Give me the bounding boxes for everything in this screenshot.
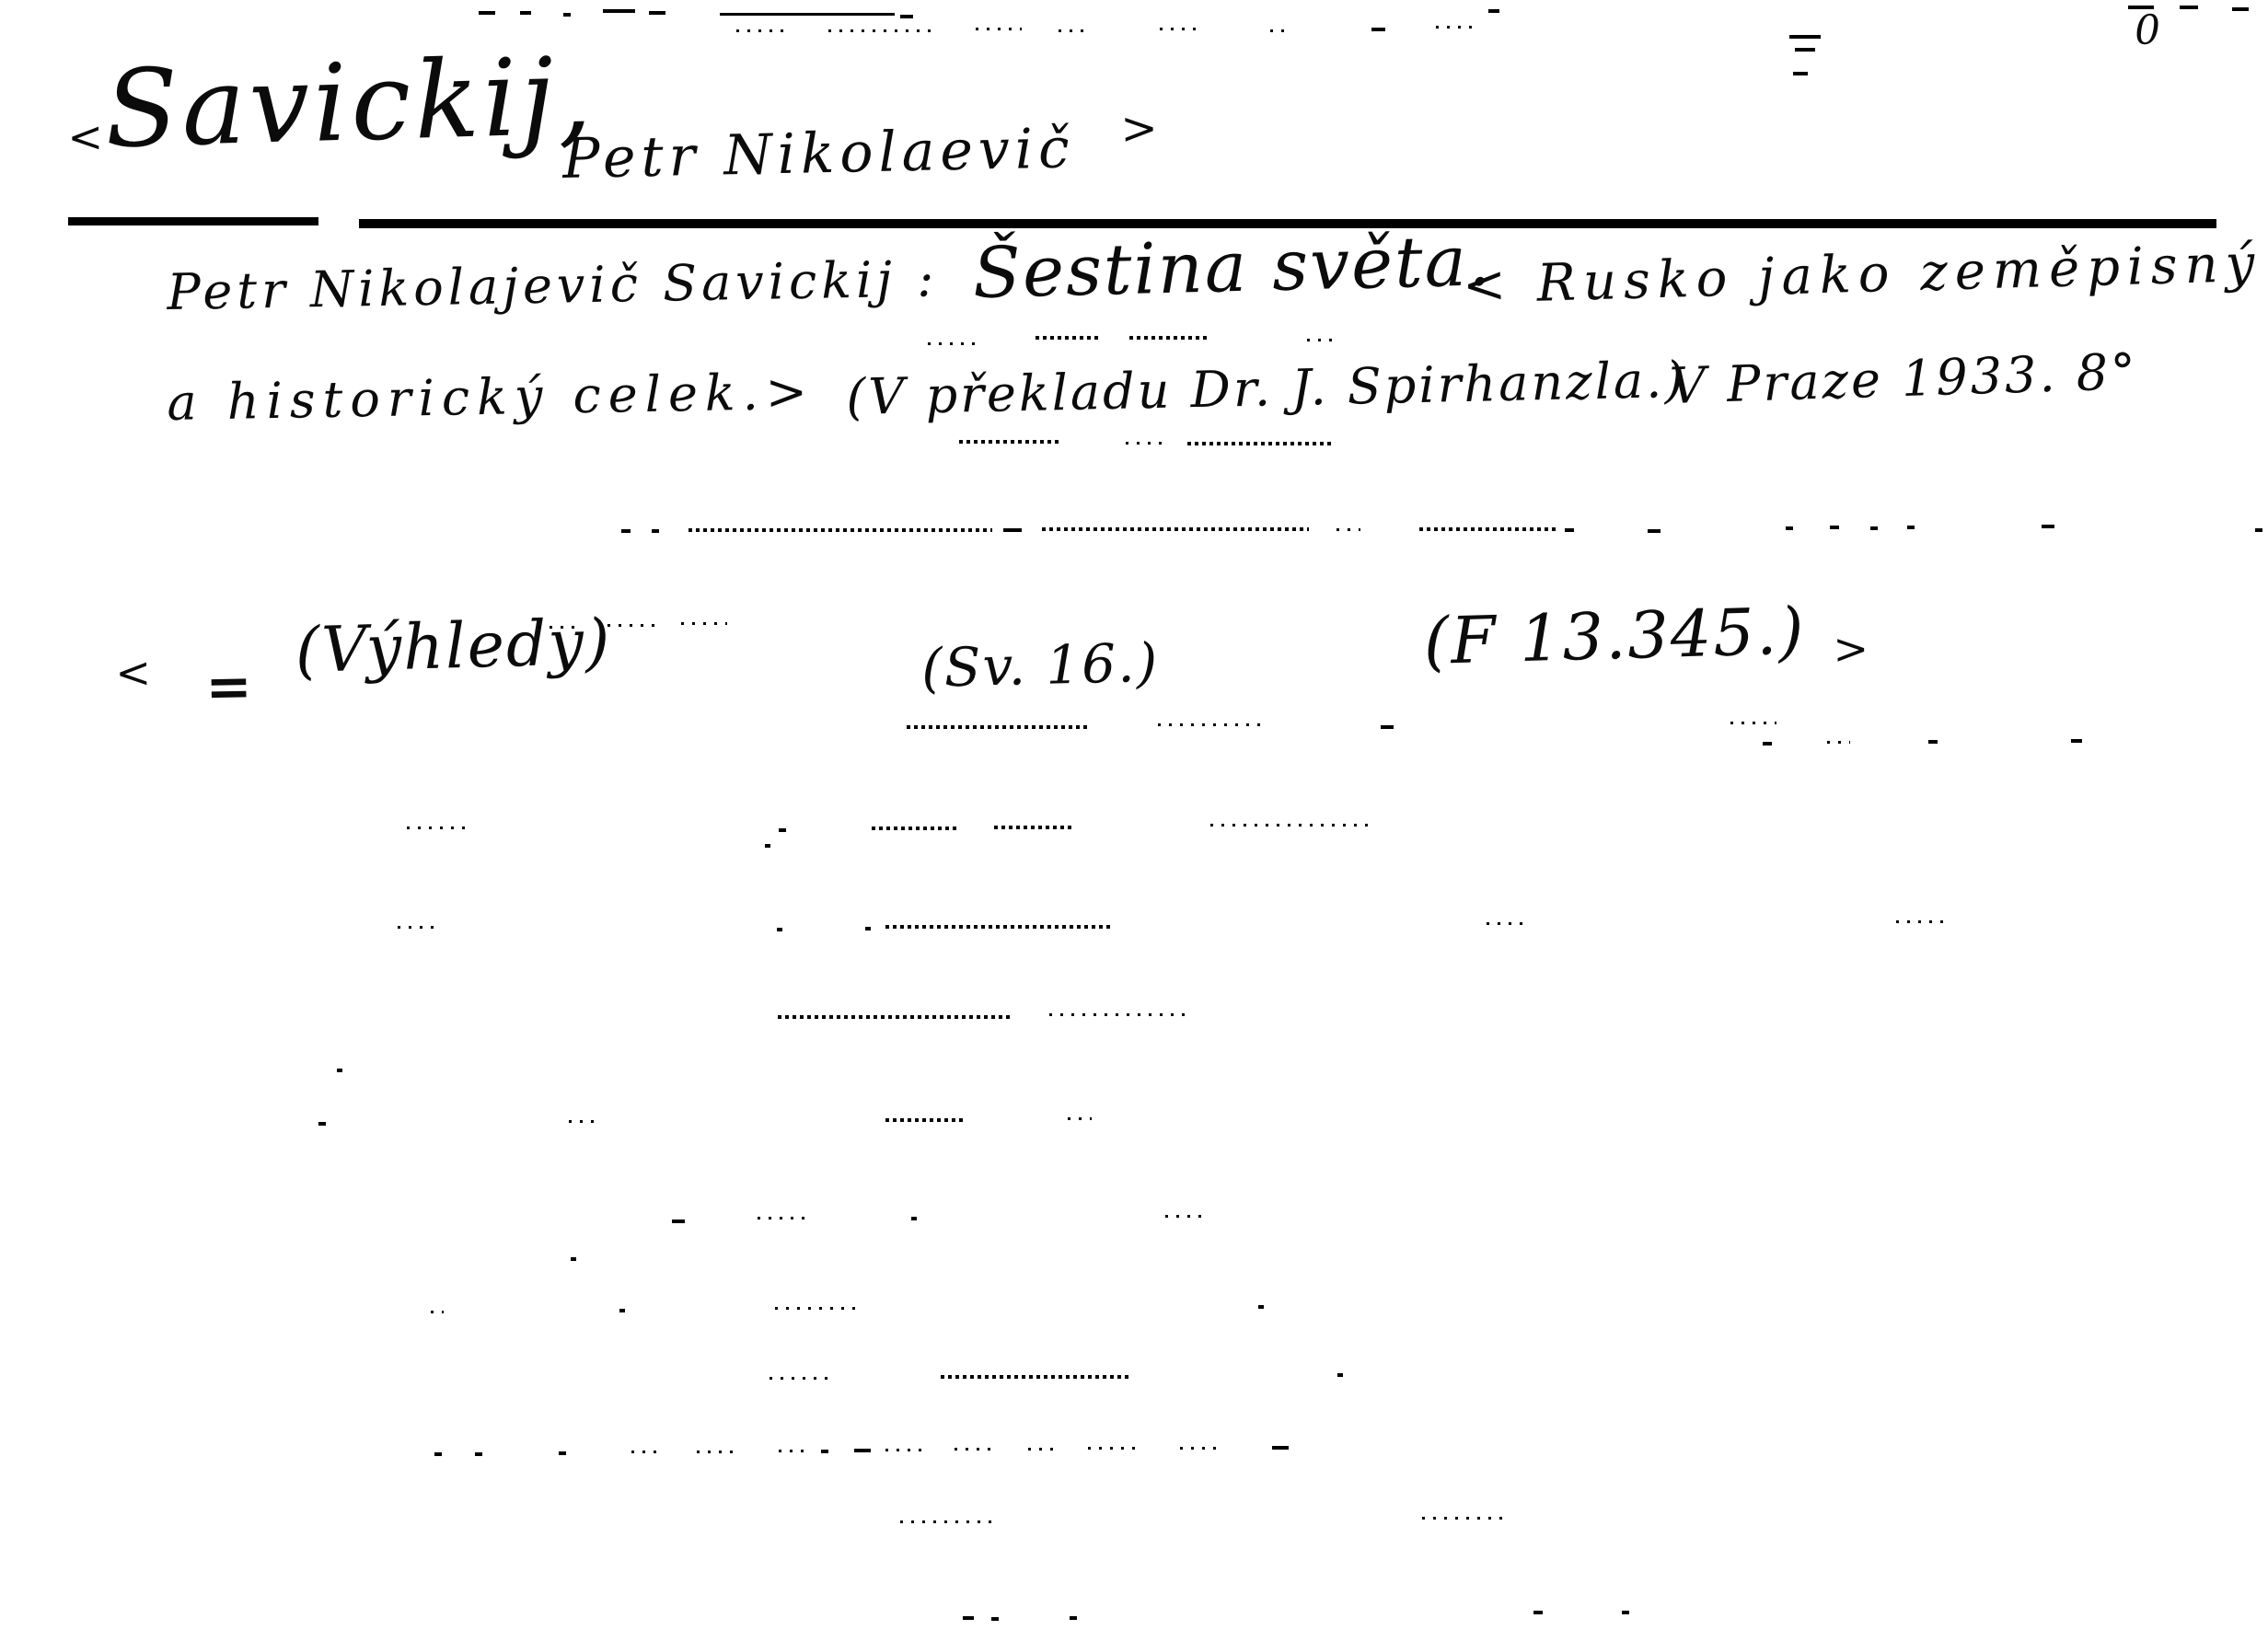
heading-open-mark: <: [67, 111, 103, 162]
scan-noise-segment: [1565, 528, 1574, 532]
scan-noise-segment: [649, 11, 665, 15]
scan-noise-segment: [765, 844, 770, 848]
scan-noise-segment: [1088, 1447, 1141, 1450]
entry-series: (Výhledy): [295, 606, 613, 688]
body-translation-note: (V překladu Dr. J. Spirhanzla.): [846, 351, 1687, 426]
scan-noise-segment: [1049, 1013, 1187, 1016]
heading-surname: Savickij,: [103, 34, 596, 172]
body-subtitle-line1: < Rusko jako zeměpisný: [1462, 234, 2262, 316]
scan-noise-segment: [736, 29, 792, 32]
scan-noise-segment: [872, 827, 959, 830]
scan-noise-segment: [1907, 526, 1915, 529]
scan-noise-segment: [769, 1377, 832, 1380]
scan-noise-segment: [1419, 527, 1557, 531]
body-author: Petr Nikolajevič Savickij :: [167, 249, 939, 321]
body-imprint: V Praze 1933. 8°: [1669, 342, 2139, 415]
scan-noise-segment: [1070, 1616, 1077, 1620]
scan-noise-segment: [828, 29, 939, 32]
scan-noise-segment: [1488, 9, 1499, 13]
scan-noise-segment: [779, 1450, 806, 1452]
scan-noise-segment: [1436, 26, 1473, 29]
scan-noise-segment: [569, 1120, 600, 1123]
scan-noise-segment: [337, 1069, 342, 1072]
scan-noise-segment: [318, 1122, 326, 1126]
scan-noise-segment: [1622, 1611, 1629, 1614]
scan-noise-segment: [1336, 528, 1360, 531]
scan-noise-segment: [475, 1452, 482, 1456]
scan-noise-segment: [2255, 528, 2262, 532]
scan-noise-segment: [1158, 723, 1268, 726]
scan-noise-segment: [1272, 1446, 1289, 1450]
scan-noise-segment: [1187, 442, 1335, 445]
scan-noise-segment: [1763, 742, 1772, 746]
scan-noise-segment: [1165, 1215, 1206, 1218]
scan-noise-segment: [1126, 442, 1163, 445]
scan-noise-segment: [821, 1450, 828, 1453]
entry-close-mark: >: [1833, 623, 1869, 674]
scan-noise-segment: [885, 1118, 966, 1122]
scan-noise-segment: [865, 927, 871, 931]
scan-noise-segment: [2128, 6, 2154, 9]
scan-noise-segment: [434, 1452, 442, 1456]
scan-noise-segment: [885, 925, 1110, 929]
scan-noise-segment: [1870, 526, 1878, 530]
scan-noise-segment: [1210, 824, 1369, 827]
scan-noise-segment: [398, 926, 434, 929]
scan-noise-segment: [1036, 336, 1100, 340]
scan-noise-segment: [2071, 739, 2082, 743]
scan-noise-segment: [928, 342, 983, 345]
scan-noise-segment: [1028, 1448, 1054, 1451]
entry-volume: (Sv. 16.): [920, 631, 1160, 699]
scan-noise-segment: [1533, 1611, 1543, 1614]
scan-noise-segment: [1307, 339, 1335, 341]
page-number: 0: [2134, 6, 2161, 54]
scan-noise-segment: [758, 1217, 809, 1220]
scan-noise-segment: [907, 725, 1091, 729]
scan-noise-segment: [1381, 725, 1394, 729]
scan-noise-segment: [1830, 526, 1839, 529]
scan-noise-segment: [652, 529, 659, 533]
scan-noise-segment: [963, 1616, 974, 1620]
scan-noise-segment: [1042, 527, 1309, 531]
scan-noise-segment: [672, 1220, 685, 1223]
scan-noise-segment: [697, 1451, 734, 1453]
scan-noise-segment: [538, 626, 575, 629]
scan-noise-segment: [1786, 526, 1793, 530]
scan-noise-segment: [1793, 72, 1808, 75]
scan-noise-segment: [407, 827, 468, 829]
entry-equals-mark: =: [205, 654, 252, 720]
scan-noise-segment: [911, 1217, 917, 1220]
scan-noise-segment: [900, 15, 913, 18]
scan-noise-segment: [1827, 741, 1850, 744]
scan-noise-segment: [631, 1451, 657, 1453]
scan-noise-segment: [1730, 722, 1776, 724]
scan-noise-segment: [2180, 6, 2198, 9]
scan-noise-segment: [976, 28, 1022, 30]
scan-noise-segment: [955, 1448, 999, 1451]
scan-noise-segment: [1789, 35, 1821, 39]
scan-noise-segment: [1487, 922, 1527, 925]
scan-noise-segment: [681, 622, 727, 625]
scan-noise-segment: [779, 828, 786, 832]
scan-noise-segment: [1059, 29, 1086, 32]
heading-close-mark: >: [1120, 102, 1158, 155]
body-title: Šestina světa.: [972, 219, 1493, 314]
catalog-card-scan: 0 < Savickij, Petr Nikolaevič > Petr Nik…: [0, 0, 2268, 1630]
scan-noise-segment: [1270, 29, 1289, 32]
scan-noise-segment: [1003, 528, 1022, 532]
scan-noise-segment: [994, 826, 1075, 829]
scan-noise-segment: [778, 1015, 1012, 1019]
scan-noise-segment: [900, 1520, 1000, 1523]
scan-noise-segment: [2232, 7, 2249, 11]
scan-noise-segment: [1258, 1305, 1264, 1309]
scan-noise-segment: [479, 11, 495, 15]
body-subtitle-line2: a historický celek.>: [167, 363, 816, 432]
scan-noise-segment: [1928, 740, 1938, 744]
scan-noise-segment: [1180, 1447, 1221, 1450]
entry-open-mark: <: [115, 647, 151, 698]
heading-rule-left: [68, 217, 318, 225]
scan-noise-segment: [1422, 1517, 1503, 1520]
scan-noise-segment: [1896, 920, 1951, 923]
scan-noise-segment: [607, 624, 663, 627]
scan-noise-segment: [1371, 28, 1385, 31]
scan-noise-segment: [431, 1311, 444, 1313]
scan-noise-segment: [991, 1617, 999, 1621]
scan-noise-segment: [1795, 48, 1815, 52]
scan-noise-segment: [777, 928, 782, 931]
scan-noise-segment: [1337, 1373, 1343, 1377]
scan-noise-segment: [775, 1307, 862, 1310]
scan-noise-segment: [688, 528, 992, 532]
scan-noise-segment: [520, 11, 531, 15]
scan-noise-segment: [1068, 1117, 1092, 1120]
scan-noise-segment: [854, 1449, 871, 1452]
scan-noise-segment: [941, 1375, 1132, 1379]
scan-noise-segment: [563, 13, 571, 17]
scan-noise-segment: [1129, 336, 1208, 340]
scan-noise-segment: [1648, 529, 1660, 533]
scan-noise-segment: [619, 1309, 625, 1312]
scan-noise-segment: [559, 1451, 566, 1455]
scan-noise-segment: [959, 440, 1060, 444]
scan-noise-segment: [1160, 28, 1197, 30]
scan-noise-segment: [571, 1257, 576, 1261]
entry-shelfmark: (F 13.345.): [1423, 593, 1807, 679]
scan-noise-segment: [621, 529, 631, 533]
scan-noise-segment: [885, 1449, 922, 1451]
scan-noise-segment: [603, 9, 635, 13]
scan-noise-segment: [2042, 525, 2054, 528]
scan-noise-segment: [720, 13, 895, 16]
heading-given-names: Petr Nikolaevič: [562, 116, 1076, 191]
